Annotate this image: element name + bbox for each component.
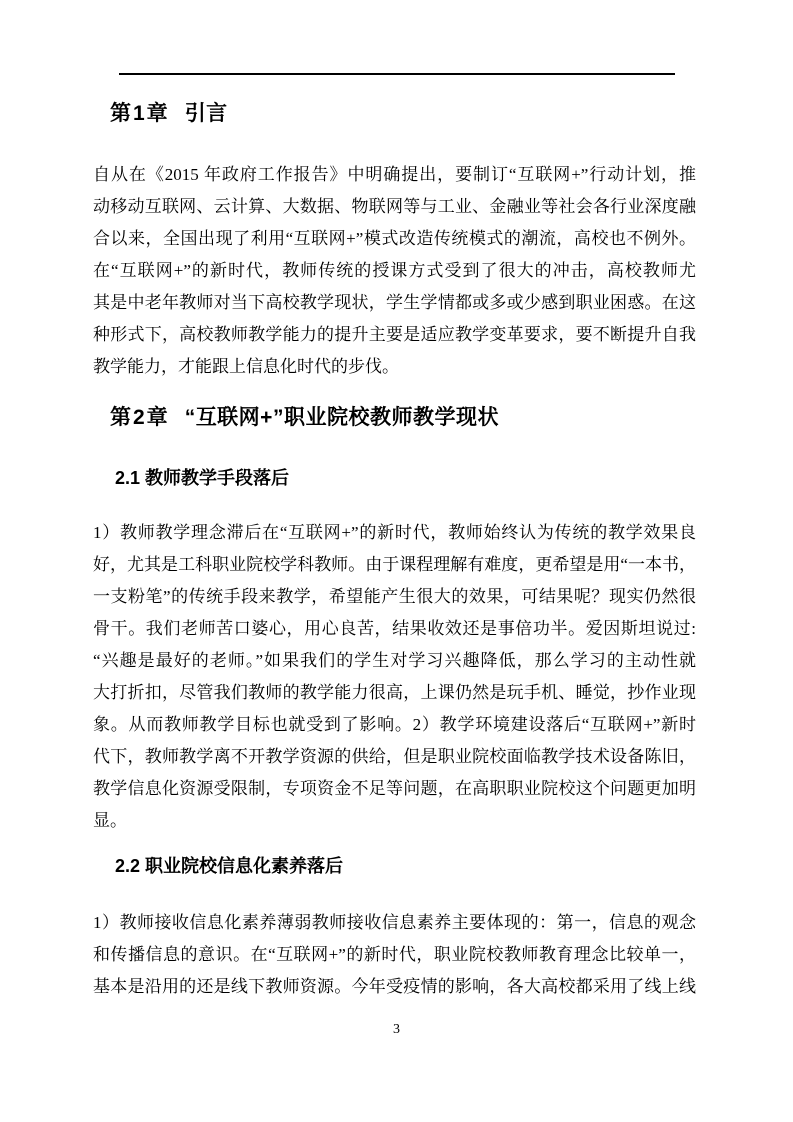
- header-rule: [119, 73, 675, 75]
- paragraph-line: 教学能力，才能跟上信息化时代的步伐。: [93, 351, 696, 383]
- paragraph-line: 骨干。我们老师苦口婆心，用心良苦，结果收效还是事倍功半。爱因斯坦说过:: [93, 613, 696, 645]
- paragraph-line: “兴趣是最好的老师。”如果我们的学生对学习兴趣降低，那么学习的主动性就: [93, 645, 696, 677]
- paragraph-1: 自从在《2015 年政府工作报告》中明确提出，要制订“互联网+”行动计划，推动移…: [93, 159, 696, 383]
- chapter-1-title: 引言: [185, 102, 228, 125]
- chapter-1-number: 第1章: [110, 102, 170, 125]
- paragraph-3: 1）教师接收信息化素养薄弱教师接收信息素养主要体现的：第一，信息的观念和传播信息…: [93, 907, 696, 1003]
- chapter-2-title: “互联网+”职业院校教师教学现状: [185, 406, 499, 429]
- paragraph-line: 合以来，全国出现了利用“互联网+”模式改造传统模式的潮流，高校也不例外。: [93, 223, 696, 255]
- paragraph-2: 1）教师教学理念滞后在“互联网+”的新时代，教师始终认为传统的教学效果良好，尤其…: [93, 517, 696, 837]
- document-page: 第1章引言 自从在《2015 年政府工作报告》中明确提出，要制订“互联网+”行动…: [0, 0, 793, 1122]
- paragraph-line: 1）教师教学理念滞后在“互联网+”的新时代，教师始终认为传统的教学效果良: [93, 517, 696, 549]
- paragraph-line: 大打折扣，尽管我们教师的教学能力很高，上课仍然是玩手机、睡觉，抄作业现: [93, 677, 696, 709]
- chapter-2-heading: 第2章“互联网+”职业院校教师教学现状: [93, 403, 713, 433]
- chapter-1-heading: 第1章引言: [93, 100, 713, 128]
- paragraph-line: 好，尤其是工科职业院校学科教师。由于课程理解有难度，更希望是用“一本书，: [93, 549, 696, 581]
- paragraph-line: 象。从而教师教学目标也就受到了影响。2）教学环境建设落后“互联网+”新时: [93, 709, 696, 741]
- section-2-1-heading: 2.1 教师教学手段落后: [93, 465, 718, 491]
- paragraph-line: 种形式下，高校教师教学能力的提升主要是适应教学变革要求，要不断提升自我: [93, 319, 696, 351]
- section-2-2-heading: 2.2 职业院校信息化素养落后: [93, 853, 718, 879]
- paragraph-line: 一支粉笔”的传统手段来教学，希望能产生很大的效果，可结果呢？现实仍然很: [93, 581, 696, 613]
- paragraph-line: 代下，教师教学离不开教学资源的供给，但是职业院校面临教学技术设备陈旧，: [93, 741, 696, 773]
- paragraph-line: 显。: [93, 805, 696, 837]
- paragraph-line: 在“互联网+”的新时代，教师传统的授课方式受到了很大的冲击，高校教师尤: [93, 255, 696, 287]
- paragraph-line: 基本是沿用的还是线下教师资源。今年受疫情的影响，各大高校都采用了线上线: [93, 971, 696, 1003]
- paragraph-line: 和传播信息的意识。在“互联网+”的新时代，职业院校教师教育理念比较单一，: [93, 939, 696, 971]
- paragraph-line: 其是中老年教师对当下高校教学现状，学生学情都或多或少感到职业困惑。在这: [93, 287, 696, 319]
- paragraph-line: 自从在《2015 年政府工作报告》中明确提出，要制订“互联网+”行动计划，推: [93, 159, 696, 191]
- paragraph-line: 1）教师接收信息化素养薄弱教师接收信息素养主要体现的：第一，信息的观念: [93, 907, 696, 939]
- paragraph-line: 动移动互联网、云计算、大数据、物联网等与工业、金融业等社会各行业深度融: [93, 191, 696, 223]
- paragraph-line: 教学信息化资源受限制，专项资金不足等问题，在高职职业院校这个问题更加明: [93, 773, 696, 805]
- page-number: 3: [0, 1020, 793, 1040]
- chapter-2-number: 第2章: [110, 406, 170, 429]
